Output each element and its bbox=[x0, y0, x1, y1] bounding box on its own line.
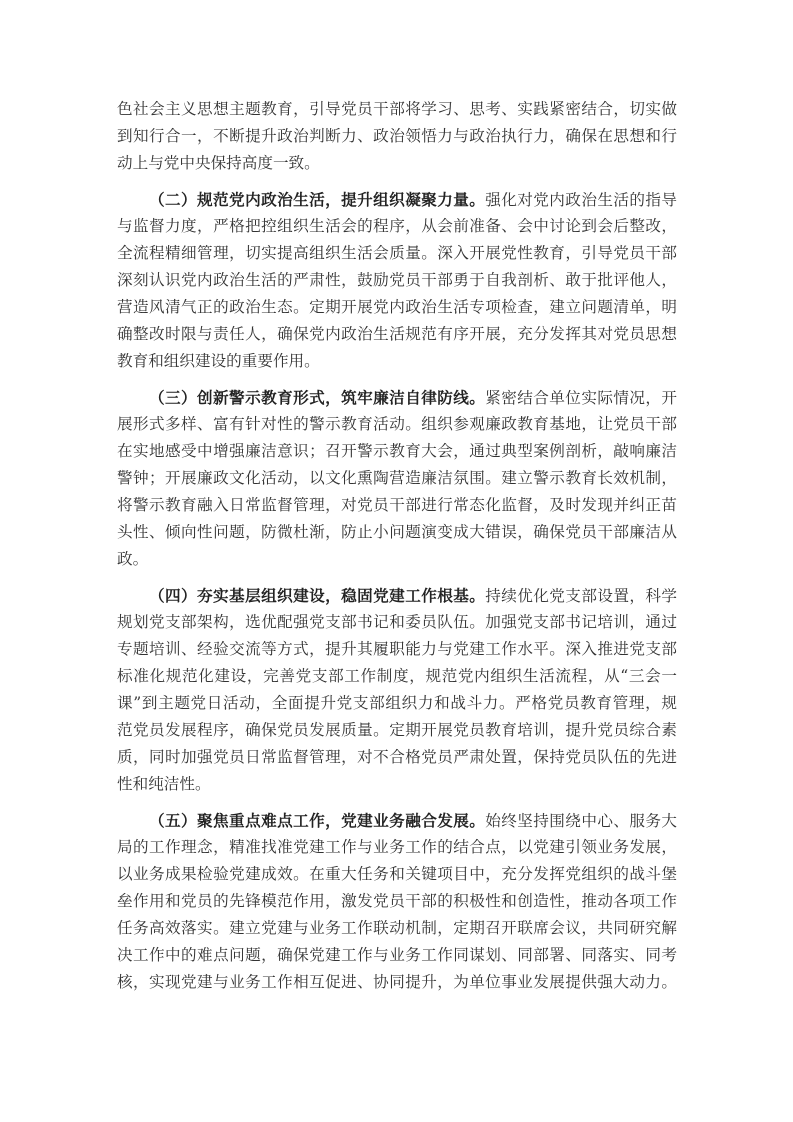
text-line: 垒作用和党员的先锋模范作用，激发党员干部的积极性和创造性，推动各项工作 bbox=[117, 888, 677, 915]
text-line: 质，同时加强党员日常监督管理，对不合格党员严肃处置，保持党员队伍的先进 bbox=[117, 744, 677, 771]
text-line: （二）规范党内政治生活，提升组织凝聚力量。强化对党内政治生活的指导 bbox=[149, 186, 677, 213]
text-line: 范党员发展程序，确保党员发展质量。定期开展党员教育培训，提升党员综合素 bbox=[117, 717, 677, 744]
text-line: 全流程精细管理，切实提高组织生活会质量。深入开展党性教育，引导党员干部 bbox=[117, 240, 677, 267]
text-span: 强化对党内政治生活的指导 bbox=[485, 191, 677, 209]
text-line: 核，实现党建与业务工作相互促进、协同提升，为单位事业发展提供强大动力。 bbox=[117, 969, 677, 996]
text-line: 头性、倾向性问题，防微杜渐，防止小问题演变成大错误，确保党员干部廉洁从 bbox=[117, 519, 677, 546]
text-span: 持续优化党支部设置，科学 bbox=[485, 587, 677, 605]
text-line: 确整改时限与责任人，确保党内政治生活规范有序开展，充分发挥其对党员思想 bbox=[117, 321, 677, 348]
text-line: （五）聚焦重点难点工作，党建业务融合发展。始终坚持围绕中心、服务大 bbox=[149, 807, 677, 834]
section-heading-3: （三）创新警示教育形式，筑牢廉洁自律防线。 bbox=[149, 388, 485, 407]
text-line: 决工作中的难点问题，确保党建工作与业务工作同谋划、同部署、同落实、同考 bbox=[117, 942, 677, 969]
text-line: 展形式多样、富有针对性的警示教育活动。组织参观廉政教育基地，让党员干部 bbox=[117, 411, 677, 438]
text-line: 色社会主义思想主题教育，引导党员干部将学习、思考、实践紧密结合，切实做 bbox=[117, 96, 677, 123]
text-line: 与监督力度，严格把控组织生活会的程序，从会前准备、会中讨论到会后整改， bbox=[117, 213, 677, 240]
text-line: （四）夯实基层组织建设，稳固党建工作根基。持续优化党支部设置，科学 bbox=[149, 582, 677, 609]
text-line: 局的工作理念，精准找准党建工作与业务工作的结合点，以党建引领业务发展， bbox=[117, 834, 677, 861]
text-line: 专题培训、经验交流等方式，提升其履职能力与党建工作水平。深入推进党支部 bbox=[117, 636, 677, 663]
text-line: 规划党支部架构，选优配强党支部书记和委员队伍。加强党支部书记培训，通过 bbox=[117, 609, 677, 636]
text-line: 课”到主题党日活动，全面提升党支部组织力和战斗力。严格党员教育管理，规 bbox=[117, 690, 677, 717]
text-line: 任务高效落实。建立党建与业务工作联动机制，定期召开联席会议，共同研究解 bbox=[117, 915, 677, 942]
text-line: 政。 bbox=[117, 546, 677, 573]
text-line: 以业务成果检验党建成效。在重大任务和关键项目中，充分发挥党组织的战斗堡 bbox=[117, 861, 677, 888]
document-page: 色社会主义思想主题教育，引导党员干部将学习、思考、实践紧密结合，切实做 到知行合… bbox=[0, 0, 793, 1122]
text-span: 始终坚持围绕中心、服务大 bbox=[485, 812, 677, 830]
section-heading-5: （五）聚焦重点难点工作，党建业务融合发展。 bbox=[149, 811, 485, 830]
text-line: 性和纯洁性。 bbox=[117, 771, 677, 798]
text-line: 在实地感受中增强廉洁意识；召开警示教育大会，通过典型案例剖析，敲响廉洁 bbox=[117, 438, 677, 465]
text-line: 动上与党中央保持高度一致。 bbox=[117, 150, 677, 177]
text-line: 警钟；开展廉政文化活动，以文化熏陶营造廉洁氛围。建立警示教育长效机制， bbox=[117, 465, 677, 492]
text-line: 教育和组织建设的重要作用。 bbox=[117, 348, 677, 375]
text-line: 标准化规范化建设，完善党支部工作制度，规范党内组织生活流程，从“三会一 bbox=[117, 663, 677, 690]
text-line: （三）创新警示教育形式，筑牢廉洁自律防线。紧密结合单位实际情况，开 bbox=[149, 384, 677, 411]
text-line: 到知行合一，不断提升政治判断力、政治领悟力与政治执行力，确保在思想和行 bbox=[117, 123, 677, 150]
text-line: 将警示教育融入日常监督管理，对党员干部进行常态化监督，及时发现并纠正苗 bbox=[117, 492, 677, 519]
text-line: 营造风清气正的政治生态。定期开展党内政治生活专项检查，建立问题清单，明 bbox=[117, 294, 677, 321]
text-line: 深刻认识党内政治生活的严肃性，鼓励党员干部勇于自我剖析、敢于批评他人， bbox=[117, 267, 677, 294]
section-heading-2: （二）规范党内政治生活，提升组织凝聚力量。 bbox=[149, 190, 485, 209]
text-span: 紧密结合单位实际情况，开 bbox=[485, 389, 677, 407]
section-heading-4: （四）夯实基层组织建设，稳固党建工作根基。 bbox=[149, 586, 485, 605]
